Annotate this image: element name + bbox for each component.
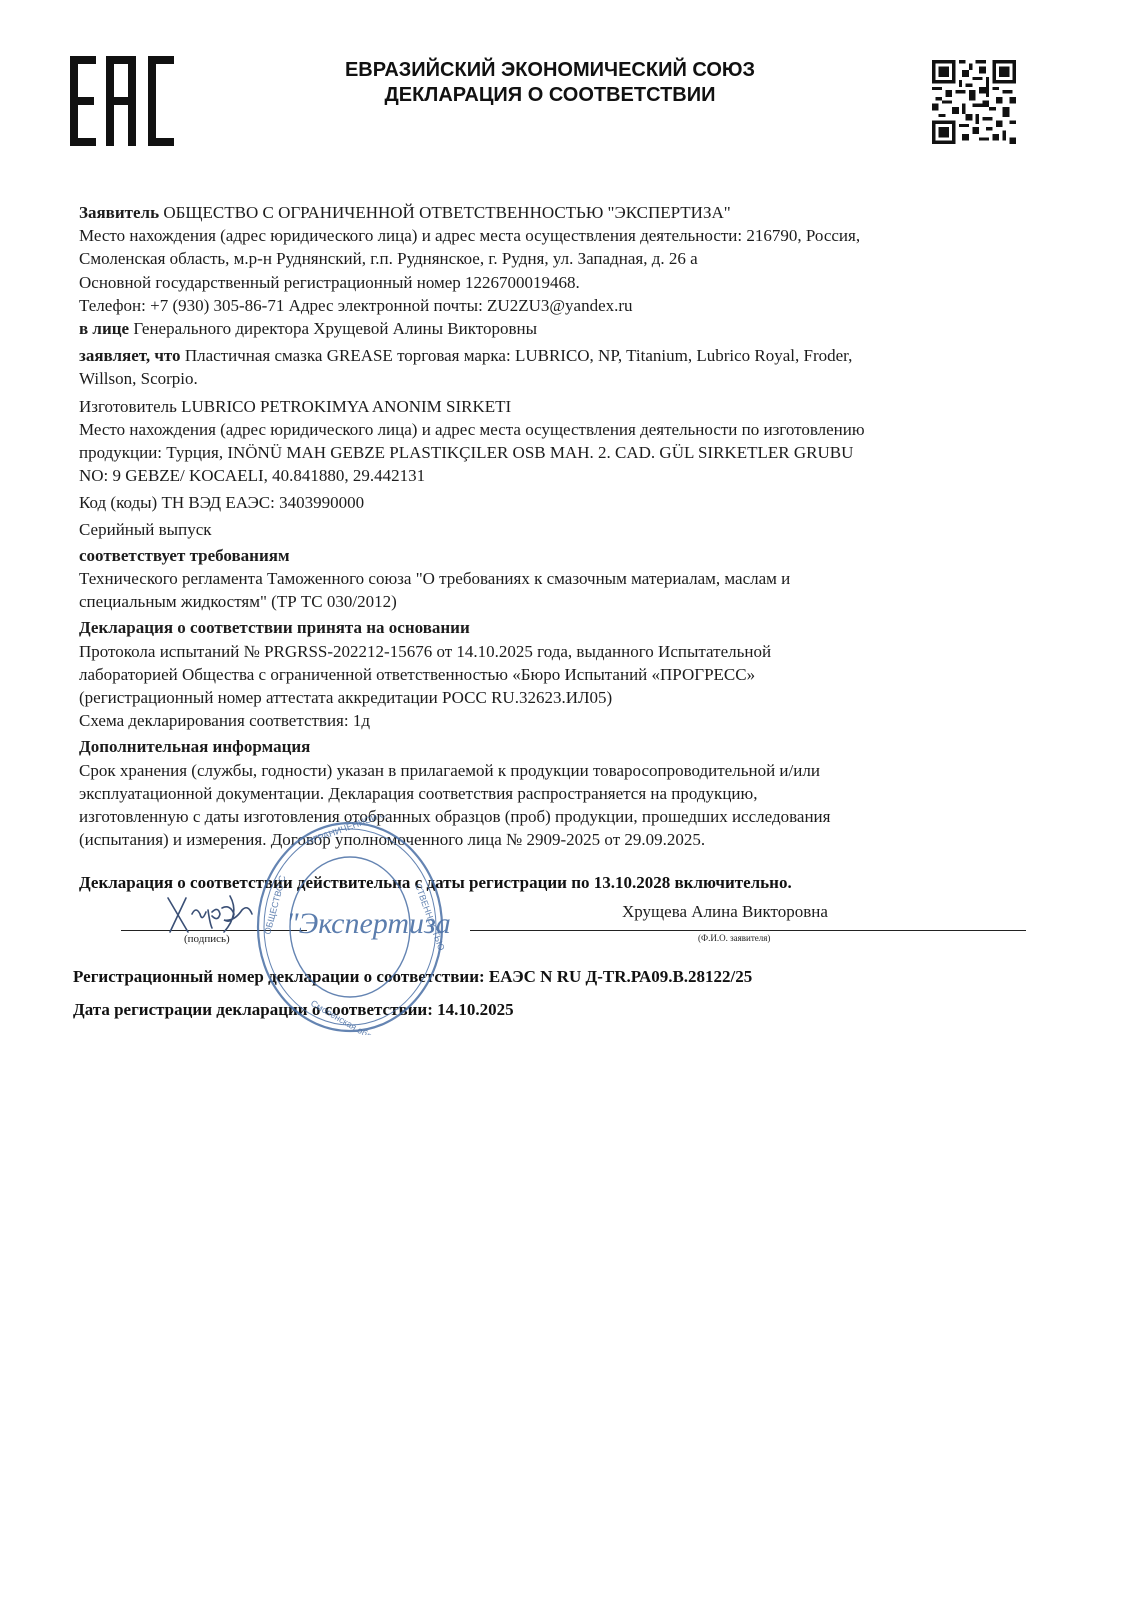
signature-line [121,930,307,931]
applicant-label: Заявитель [79,203,159,222]
qr-code-icon[interactable] [932,60,1016,144]
additional-info-2: эксплуатационной документации. Деклараци… [79,782,1039,805]
name-line [470,930,1026,931]
applicant-name: ОБЩЕСТВО С ОГРАНИЧЕННОЙ ОТВЕТСТВЕННОСТЬЮ… [163,203,730,222]
basis-text-3: (регистрационный номер аттестата аккреди… [79,686,1039,709]
document-title: ЕВРАЗИЙСКИЙ ЭКОНОМИЧЕСКИЙ СОЮЗ ДЕКЛАРАЦИ… [200,58,900,108]
registration-date: Дата регистрации декларации о соответств… [73,1000,514,1020]
applicant-representative: в лице Генерального директора Хрущевой А… [79,317,1039,340]
additional-info-1: Срок хранения (службы, годности) указан … [79,759,1039,782]
eac-logo-icon [70,56,174,146]
stamp-text: "Экспертиза" [286,907,450,940]
declaration-page: ЕВРАЗИЙСКИЙ ЭКОНОМИЧЕСКИЙ СОЮЗ ДЕКЛАРАЦИ… [0,0,1131,1600]
additional-info-3: изготовленную с даты изготовления отобра… [79,805,1039,828]
name-caption: (Ф.И.О. заявителя) [698,933,770,943]
applicant-line: Заявитель ОБЩЕСТВО С ОГРАНИЧЕННОЙ ОТВЕТС… [79,201,1039,224]
requirements-heading: соответствует требованиям [79,544,1039,567]
additional-info-4: (испытания) и измерения. Договор уполном… [79,828,1039,851]
signature-caption: (подпись) [184,933,230,945]
product-description-2: Willson, Scorpio. [79,367,1039,390]
title-line-union: ЕВРАЗИЙСКИЙ ЭКОНОМИЧЕСКИЙ СОЮЗ [200,58,900,83]
representative-label: в лице [79,319,129,338]
hs-code: Код (коды) ТН ВЭД ЕАЭС: 3403990000 [79,491,1039,514]
applicant-ogrn: Основной государственный регистрационный… [79,271,1039,294]
title-line-declaration: ДЕКЛАРАЦИЯ О СООТВЕТСТВИИ [200,83,900,108]
applicant-full-name: Хрущева Алина Викторовна [622,902,828,922]
applicant-address-1: Место нахождения (адрес юридического лиц… [79,224,1039,247]
registration-number: Регистрационный номер декларации о соотв… [73,967,752,987]
declares-label: заявляет, что [79,346,181,365]
applicant-address-2: Смоленская область, м.р-н Руднянский, г.… [79,247,1039,270]
representative-name: Генерального директора Хрущевой Алины Ви… [133,319,537,338]
requirements-text-2: специальным жидкостям" (ТР ТС 030/2012) [79,590,1039,613]
requirements-text-1: Технического регламента Таможенного союз… [79,567,1039,590]
product-description: Пластичная смазка GREASE торговая марка:… [185,346,853,365]
manufacturer-address-2: продукции: Турция, INÖNÜ MAH GEBZE PLAST… [79,441,1039,464]
manufacturer-address-1: Место нахождения (адрес юридического лиц… [79,418,1039,441]
applicant-contacts: Телефон: +7 (930) 305-86-71 Адрес электр… [79,294,1039,317]
basis-text-2: лабораторией Общества с ограниченной отв… [79,663,1039,686]
production-type: Серийный выпуск [79,518,1039,541]
validity-statement: Декларация о соответствии действительна … [79,873,792,893]
manufacturer-address-3: NO: 9 GEBZE/ KOCAELI, 40.841880, 29.4421… [79,464,1039,487]
basis-heading: Декларация о соответствии принята на осн… [79,616,1039,639]
manufacturer-name: Изготовитель LUBRICO PETROKIMYA ANONIM S… [79,395,1039,418]
declares-line: заявляет, что Пластичная смазка GREASE т… [79,344,1039,367]
declaration-scheme: Схема декларирования соответствия: 1д [79,709,1039,732]
declaration-body: Заявитель ОБЩЕСТВО С ОГРАНИЧЕННОЙ ОТВЕТС… [79,201,1039,851]
additional-info-heading: Дополнительная информация [79,735,1039,758]
basis-text-1: Протокола испытаний № PRGRSS-202212-1567… [79,640,1039,663]
